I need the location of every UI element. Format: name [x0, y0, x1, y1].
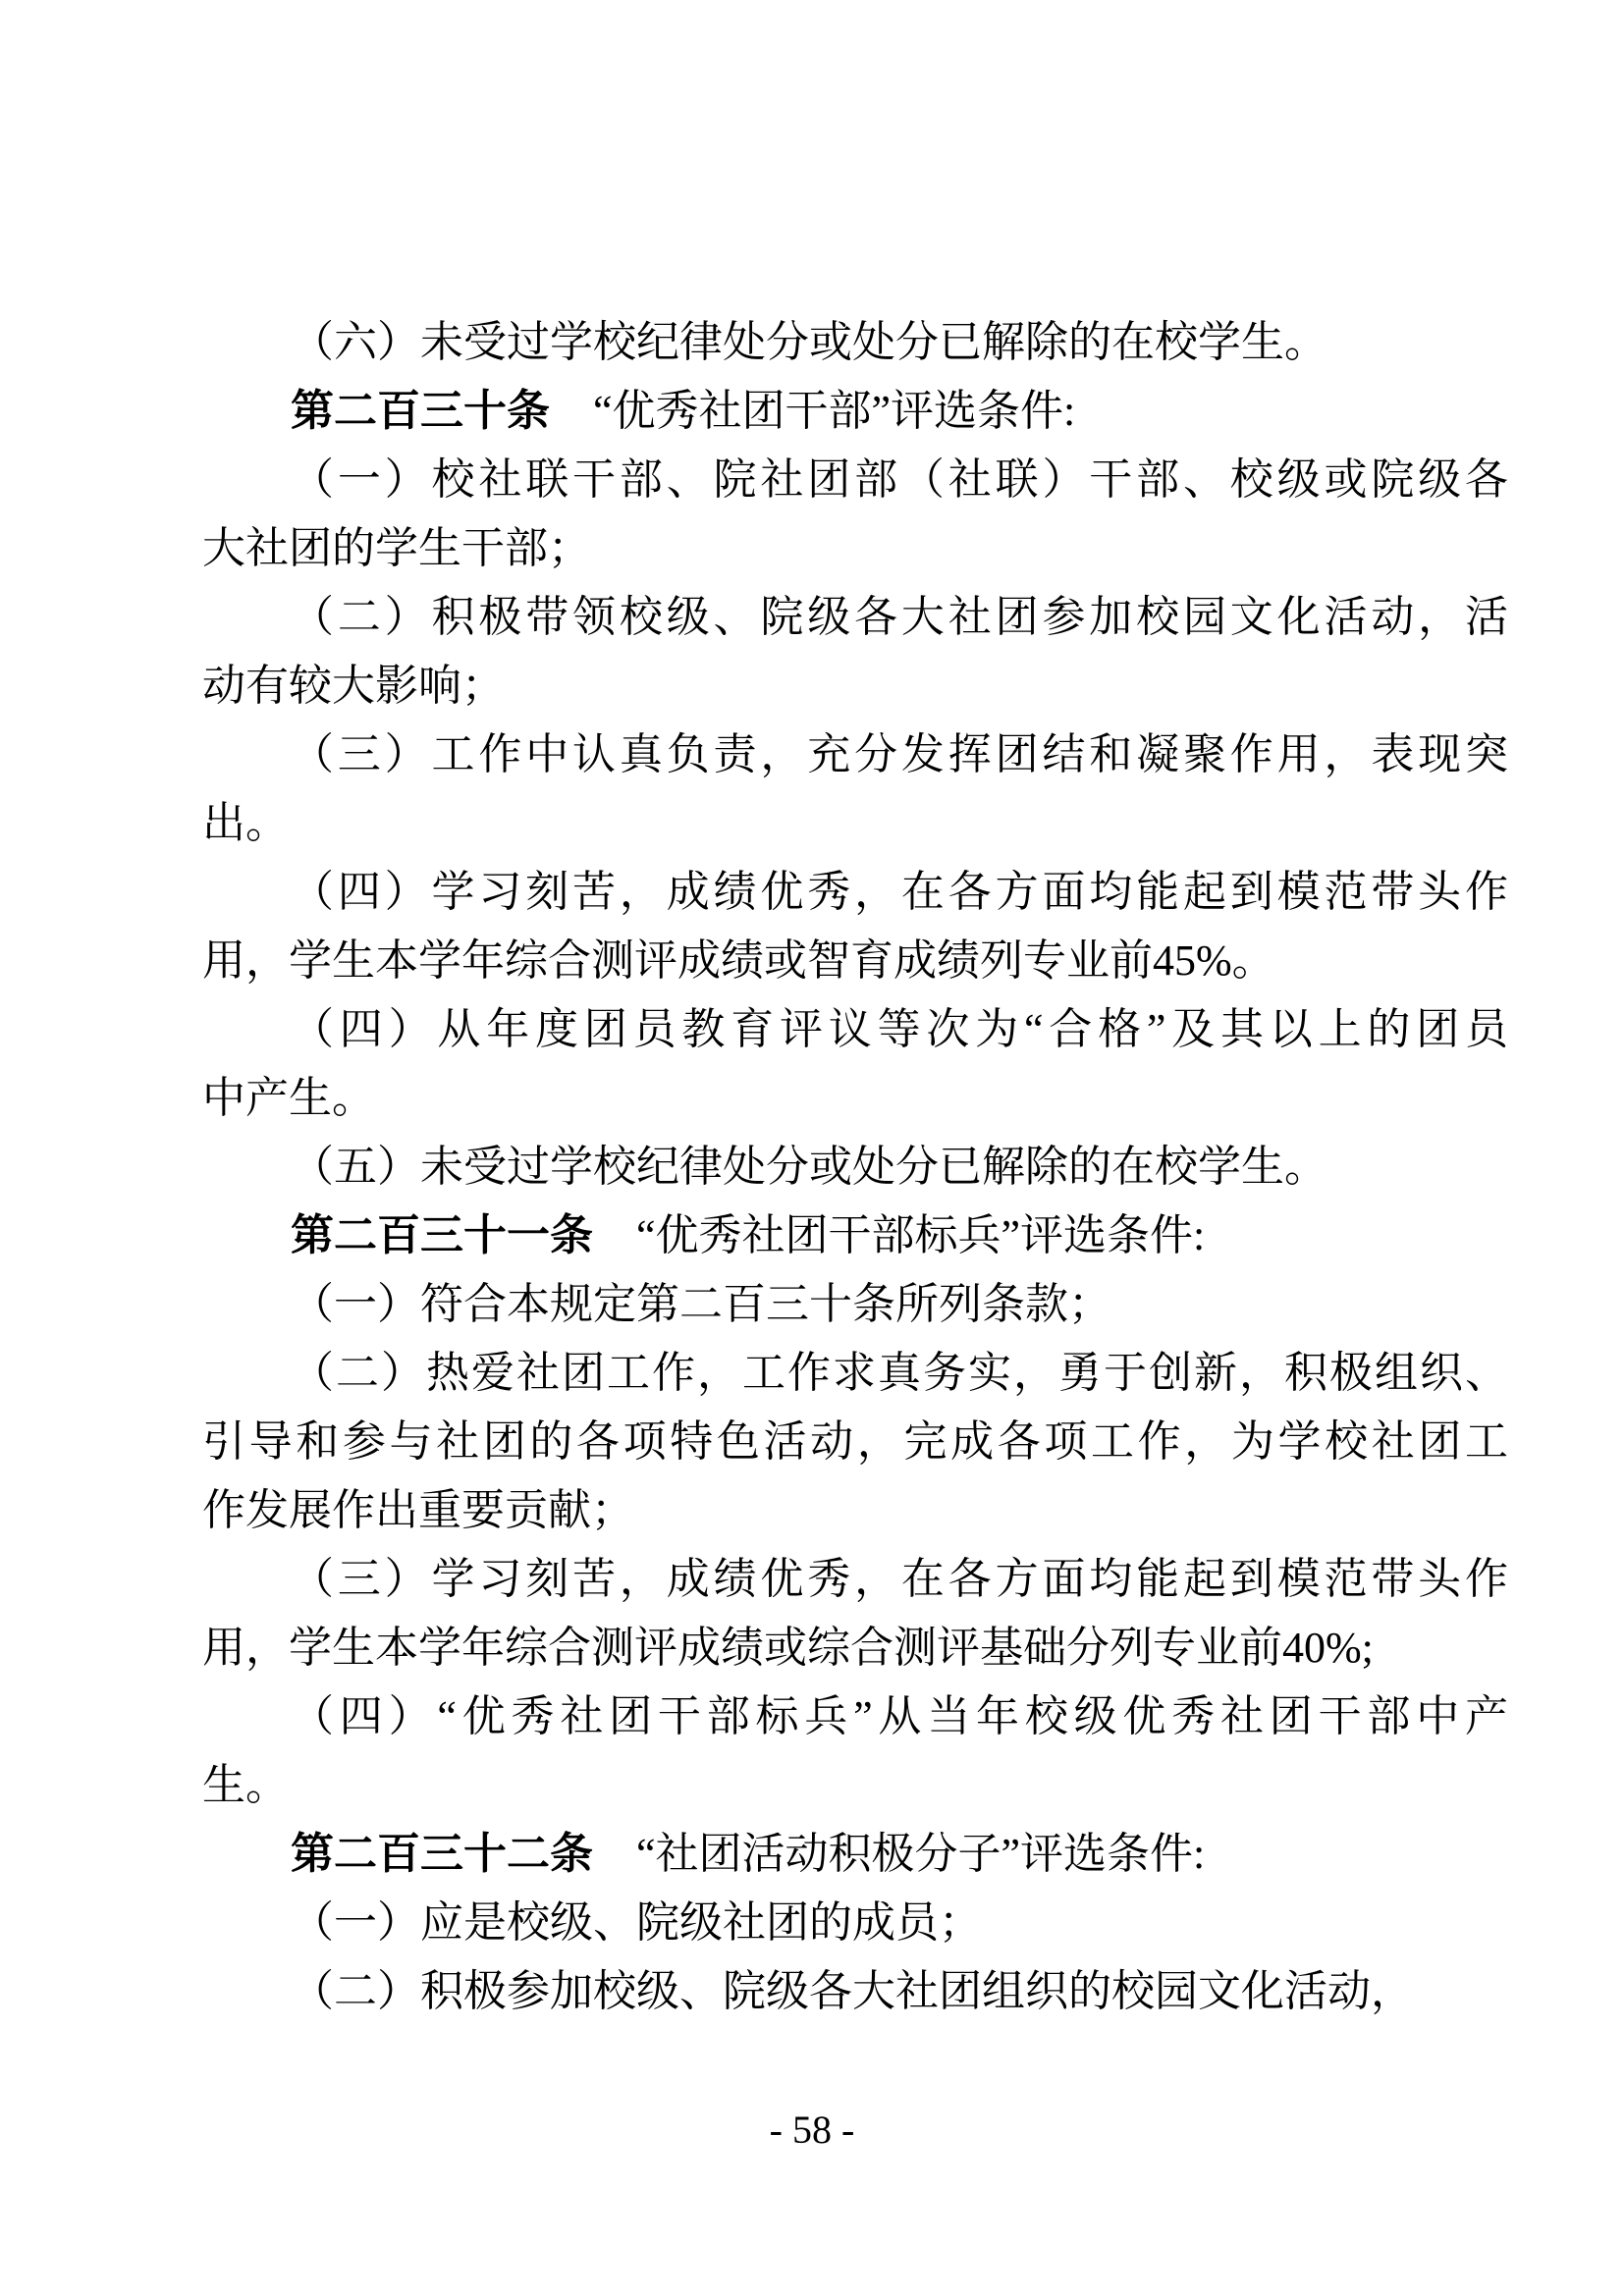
line-text: “优秀社团干部”评选条件: [550, 387, 1075, 435]
line-text: （二）热爱社团工作，工作求真务实，勇于创新，积极组织、 [291, 1349, 1508, 1397]
body-text-line: （一）应是校级、院级社团的成员； [202, 1889, 1508, 1957]
body-text-line: （四）“优秀社团干部标兵”从当年校级优秀社团干部中产 [202, 1682, 1508, 1751]
body-text-line: 中产生。 [202, 1064, 1508, 1133]
line-text: “社团活动积极分子”评选条件: [593, 1830, 1205, 1878]
article-heading-line: 第二百三十二条 “社团活动积极分子”评选条件: [202, 1820, 1508, 1889]
body-text-line: （二）积极带领校级、院级各大社团参加校园文化活动，活 [202, 583, 1508, 652]
line-text: （六）未受过学校纪律处分或处分已解除的在校学生。 [291, 318, 1327, 366]
body-text-line: 大社团的学生干部； [202, 514, 1508, 583]
line-text: （一）应是校级、院级社团的成员； [291, 1898, 982, 1947]
line-text: “优秀社团干部标兵”评选条件: [593, 1211, 1205, 1259]
body-text-line: （四）学习刻苦，成绩优秀，在各方面均能起到模范带头作 [202, 858, 1508, 927]
article-heading-line: 第二百三十一条 “优秀社团干部标兵”评选条件: [202, 1201, 1508, 1270]
body-text-line: （二）热爱社团工作，工作求真务实，勇于创新，积极组织、 [202, 1339, 1508, 1408]
line-text: （一）校社联干部、院社团部（社联）干部、校级或院级各 [291, 455, 1508, 504]
line-text: 生。 [202, 1761, 289, 1809]
body-text-line: 作发展作出重要贡献； [202, 1476, 1508, 1545]
line-text: 用，学生本学年综合测评成绩或智育成绩列专业前45%。 [202, 936, 1275, 985]
article-number: 第二百三十二条 [291, 1830, 593, 1878]
body-text-line: （四）从年度团员教育评议等次为“合格”及其以上的团员 [202, 995, 1508, 1064]
line-text: 用，学生本学年综合测评成绩或综合测评基础分列专业前40%; [202, 1624, 1374, 1672]
line-text: 出。 [202, 799, 289, 847]
body-text-line: 引导和参与社团的各项特色活动，完成各项工作，为学校社团工 [202, 1408, 1508, 1476]
line-text: （一）符合本规定第二百三十条所列条款； [291, 1280, 1111, 1328]
body-text-line: （三）工作中认真负责，充分发挥团结和凝聚作用，表现突 [202, 721, 1508, 789]
line-text: 作发展作出重要贡献； [202, 1486, 634, 1534]
line-text: （四）学习刻苦，成绩优秀，在各方面均能起到模范带头作 [291, 868, 1508, 916]
body-text-line: （五）未受过学校纪律处分或处分已解除的在校学生。 [202, 1133, 1508, 1201]
line-text: （二）积极带领校级、院级各大社团参加校园文化活动，活 [291, 593, 1508, 641]
article-number: 第二百三十条 [291, 387, 550, 435]
line-text: （五）未受过学校纪律处分或处分已解除的在校学生。 [291, 1143, 1327, 1191]
line-text: 大社团的学生干部； [202, 524, 591, 572]
body-text-line: （六）未受过学校纪律处分或处分已解除的在校学生。 [202, 308, 1508, 377]
line-text: （四）“优秀社团干部标兵”从当年校级优秀社团干部中产 [291, 1692, 1508, 1740]
document-text-block: （六）未受过学校纪律处分或处分已解除的在校学生。第二百三十条 “优秀社团干部”评… [202, 308, 1508, 2026]
line-text: （三）工作中认真负责，充分发挥团结和凝聚作用，表现突 [291, 730, 1508, 778]
body-text-line: （一）符合本规定第二百三十条所列条款； [202, 1270, 1508, 1339]
article-heading-line: 第二百三十条 “优秀社团干部”评选条件: [202, 377, 1508, 446]
line-text: 引导和参与社团的各项特色活动，完成各项工作，为学校社团工 [202, 1417, 1508, 1466]
body-text-line: 用，学生本学年综合测评成绩或智育成绩列专业前45%。 [202, 927, 1508, 995]
body-text-line: （三）学习刻苦，成绩优秀，在各方面均能起到模范带头作 [202, 1545, 1508, 1614]
page-number: - 58 - [0, 2103, 1624, 2158]
body-text-line: 生。 [202, 1751, 1508, 1820]
body-text-line: 出。 [202, 789, 1508, 858]
body-text-line: 用，学生本学年综合测评成绩或综合测评基础分列专业前40%; [202, 1614, 1508, 1682]
body-text-line: （一）校社联干部、院社团部（社联）干部、校级或院级各 [202, 446, 1508, 514]
line-text: 动有较大影响； [202, 662, 505, 710]
line-text: （三）学习刻苦，成绩优秀，在各方面均能起到模范带头作 [291, 1555, 1508, 1603]
line-text: （二）积极参加校级、院级各大社团组织的校园文化活动， [291, 1967, 1414, 2015]
article-number: 第二百三十一条 [291, 1211, 593, 1259]
document-page: （六）未受过学校纪律处分或处分已解除的在校学生。第二百三十条 “优秀社团干部”评… [0, 0, 1624, 2296]
line-text: （四）从年度团员教育评议等次为“合格”及其以上的团员 [291, 1005, 1508, 1053]
line-text: 中产生。 [202, 1074, 375, 1122]
body-text-line: （二）积极参加校级、院级各大社团组织的校园文化活动， [202, 1957, 1508, 2026]
body-text-line: 动有较大影响； [202, 652, 1508, 721]
